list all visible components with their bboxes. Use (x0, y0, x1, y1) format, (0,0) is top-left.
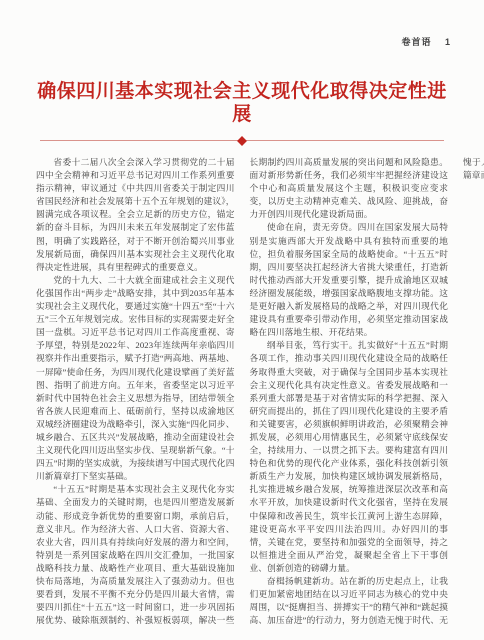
paragraph-1: 省委十二届八次全会深入学习贯彻党的二十届四中全会精神和习近平总书记对四川工作系列… (36, 156, 235, 274)
paragraph-2: 党的十九大、二十大就全面建成社会主义现代化强国作出“两步走”战略安排，其中到20… (36, 274, 235, 484)
title-divider (40, 140, 444, 141)
page-header: 卷首语 1 (401, 35, 451, 48)
paragraph-2-text: 党的十九大、二十大就全面建成社会主义现代化强国作出“两步走”战略安排，其中到20… (36, 275, 235, 481)
article-title: 确保四川基本实现社会主义现代化取得决定性进展 (34, 80, 450, 126)
paragraph-5: 纲举目张，笃行实干。扎实做好“十五五”时期各项工作，推动事关四川现代化建设全局的… (250, 339, 449, 575)
diamond-icon (237, 136, 247, 146)
paragraph-5-text: 纲举目张，笃行实干。扎实做好“十五五”时期各项工作，推动事关四川现代化建设全局的… (250, 340, 449, 573)
paragraph-4-text: 使命在肩，责无旁贷。四川在国家发展大局特别是实施西部大开发战略中具有独特而重要的… (250, 222, 449, 337)
section-label: 卷首语 (401, 37, 431, 47)
paragraph-4: 使命在肩，责无旁贷。四川在国家发展大局特别是实施西部大开发战略中具有独特而重要的… (250, 221, 449, 339)
magazine-page: 卷首语 1 确保四川基本实现社会主义现代化取得决定性进展 省委十二届八次全会深入… (0, 0, 484, 640)
article-body: 省委十二届八次全会深入学习贯彻党的二十届四中全会精神和习近平总书记对四川工作系列… (36, 156, 448, 638)
page-number: 1 (445, 37, 451, 47)
paragraph-1-text: 省委十二届八次全会深入学习贯彻党的二十届四中全会精神和习近平总书记对四川工作系列… (36, 157, 235, 272)
